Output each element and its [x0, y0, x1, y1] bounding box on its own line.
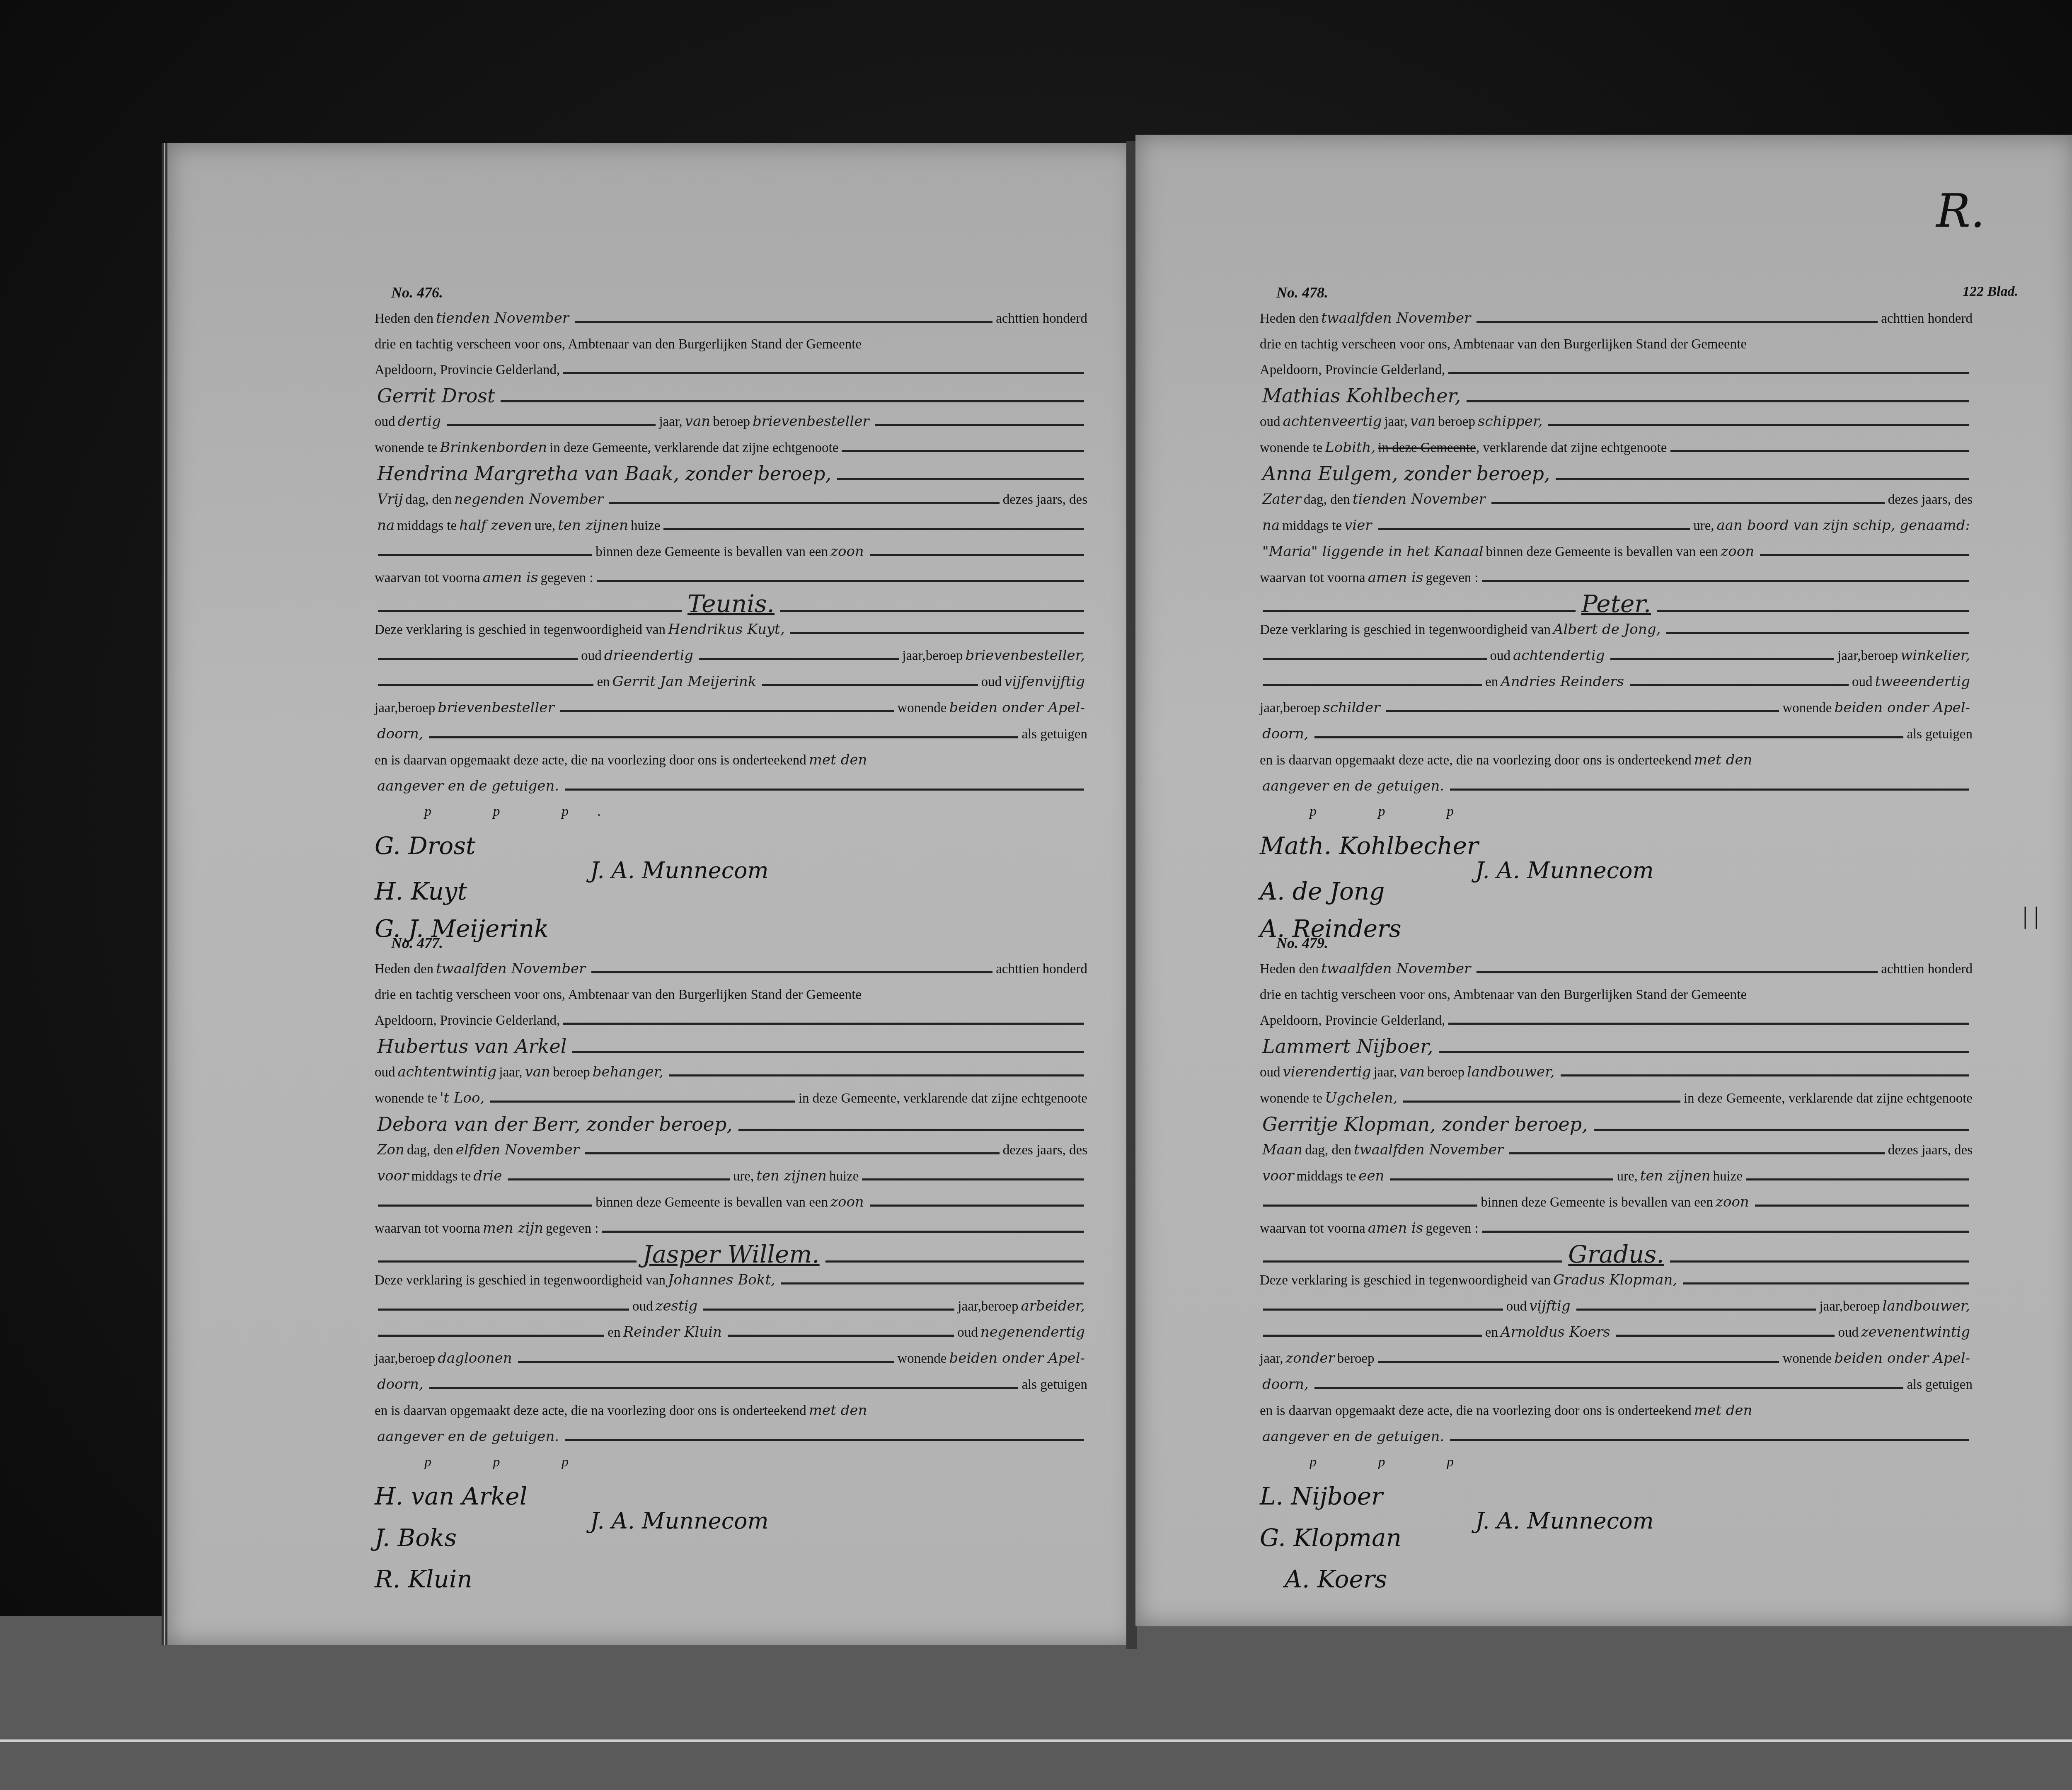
printed-text: beroep: [1283, 695, 1320, 721]
printed-text: Heden den: [375, 306, 433, 331]
margin-mark: | |: [2023, 901, 2039, 930]
child-name: Peter.: [1579, 591, 1653, 617]
printed-text: ure,: [733, 1163, 754, 1189]
printed-text: en: [597, 669, 610, 695]
printed-text: middags te: [397, 513, 457, 539]
printed-text: wonende: [897, 695, 946, 721]
printed-text: drie en tachtig verscheen voor ons, Ambt…: [375, 331, 862, 357]
printed-text: dezes jaars, des: [1888, 1137, 1973, 1163]
witness2-age: negenendertig: [978, 1319, 1087, 1345]
signature-official: J. A. Munnecom: [1475, 858, 1654, 883]
printed-text: Apeldoorn, Provincie Gelderland,: [1260, 357, 1445, 383]
child-name: Gradus.: [1566, 1241, 1666, 1267]
printed-text: wonende te: [375, 435, 437, 461]
birth-date: negenden November: [452, 486, 606, 512]
left-page: No. 476. Heden dentienden Novemberachtti…: [162, 143, 1137, 1645]
signed-with-continued: aangever en de getuigen.: [375, 773, 562, 799]
signature-witness2: R. Kluin: [375, 1566, 472, 1592]
child-sex: zoon: [828, 539, 867, 564]
witness2-name: Gerrit Jan Meijerink: [610, 669, 759, 694]
witness1-occupation: landbouwer,: [1880, 1293, 1973, 1319]
printed-text: dag, den: [1305, 1137, 1351, 1163]
printed-text: drie en tachtig verscheen voor ons, Ambt…: [375, 982, 862, 1008]
registration-date: twaalfden November: [1319, 305, 1473, 331]
signed-with: met den: [806, 747, 870, 773]
signature-witness1: J. Boks: [375, 1525, 457, 1551]
record-no-label: No.: [1276, 935, 1298, 951]
signed-with-continued: aangever en de getuigen.: [1260, 1424, 1447, 1449]
weekday: Zater: [1260, 486, 1304, 512]
signature-official: J. A. Munnecom: [590, 858, 769, 883]
father-occupation: brievenbesteller: [750, 409, 871, 434]
child-name: Teunis.: [685, 591, 777, 617]
printed-text: en is daarvan opgemaakt deze acte, die n…: [375, 1398, 806, 1424]
signature-father: L. Nijboer: [1260, 1483, 1383, 1509]
birth-date: twaalfden November: [1351, 1137, 1506, 1163]
printed-text: wonende te: [1260, 435, 1322, 461]
printed-text: middags te: [1296, 1163, 1356, 1189]
record-no-label: No.: [1276, 284, 1298, 301]
printed-text: achttien honderd: [996, 306, 1087, 331]
registration-date: tienden November: [433, 305, 571, 331]
page-label: Blad.: [1987, 284, 2018, 299]
witness2-occupation: dagloonen: [435, 1345, 515, 1371]
birth-place: ten zijnen: [555, 513, 631, 538]
printed-text: wonende: [1782, 695, 1832, 721]
printed-text: ure,: [1617, 1163, 1637, 1189]
printed-text: drie en tachtig verscheen voor ons, Ambt…: [1260, 982, 1747, 1008]
record-no-label: No.: [391, 284, 413, 301]
signature-witness1: A. de Jong: [1260, 878, 1385, 904]
printed-text: Deze verklaring is geschied in tegenwoor…: [1260, 617, 1551, 643]
printed-text: huize: [1713, 1163, 1743, 1189]
father-name: Lammert Nijboer,: [1260, 1033, 1436, 1059]
birth-place: aan boord van zijn schip, genaamd:: [1714, 513, 1973, 538]
printed-text: beroep: [553, 1059, 590, 1085]
printed-text: in deze Gemeente, verklarende dat zijne …: [799, 1086, 1087, 1111]
approval-marks: p p p: [424, 1449, 598, 1475]
printed-text: beroep: [1843, 1294, 1880, 1319]
record-no-label: No.: [391, 935, 413, 951]
printed-text: dag, den: [405, 487, 452, 513]
witness1-name: Albert de Jong,: [1551, 617, 1663, 642]
printed-text: beroep: [1438, 409, 1475, 435]
printed-text: waarvan tot voorna: [1260, 565, 1365, 591]
signature-father: Math. Kohlbecher: [1260, 833, 1478, 859]
residence: Lobith,: [1322, 435, 1378, 460]
printed-text: gegeven :: [1426, 1216, 1478, 1241]
printed-text: jaar,: [375, 695, 398, 721]
witness1-occupation: brievenbesteller,: [963, 643, 1087, 668]
mother-name: Hendrina Margretha van Baak, zonder bero…: [375, 461, 834, 486]
printed-text: huize: [631, 513, 660, 539]
printed-text: jaar,: [1384, 409, 1407, 435]
signature-official: J. A. Munnecom: [590, 1508, 769, 1534]
birth-record-478: No. 478. Heden dentwaalfden Novemberacht…: [1260, 280, 1973, 957]
printed-text: jaar,: [659, 409, 682, 435]
residence: Brinkenborden: [437, 435, 549, 460]
birth-time: drie: [471, 1163, 504, 1189]
child-sex: zoon: [828, 1189, 867, 1215]
signed-with: met den: [806, 1398, 870, 1423]
printed-text: Apeldoorn, Provincie Gelderland,: [375, 1008, 560, 1033]
witness2-age: vijfenvijftig: [1002, 669, 1087, 694]
witness2-age: tweeendertig: [1873, 669, 1973, 694]
registration-date: twaalfden November: [433, 956, 588, 982]
printed-text: dezes jaars, des: [1003, 487, 1087, 513]
printed-text: jaar,: [375, 1346, 398, 1372]
printed-text: dezes jaars, des: [1003, 1137, 1087, 1163]
residence-continued: doorn,: [1260, 721, 1311, 747]
printed-text: en: [1485, 669, 1498, 695]
signatures-block: L. Nijboer G. Klopman A. Koers J. A. Mun…: [1260, 1483, 1973, 1608]
printed-text: oud: [1260, 409, 1280, 435]
printed-text: en: [1485, 1320, 1498, 1345]
printed-text: binnen deze Gemeente is bevallen van een: [1486, 539, 1719, 565]
printed-text: dag, den: [1304, 487, 1350, 513]
printed-text: oud: [1490, 643, 1511, 669]
printed-text: huize: [829, 1163, 859, 1189]
registration-date: twaalfden November: [1319, 956, 1473, 982]
printed-text: dag, den: [407, 1137, 453, 1163]
record-number: 476: [417, 284, 439, 301]
signature-father: H. van Arkel: [375, 1483, 527, 1509]
time-prefix: voor: [375, 1163, 411, 1189]
printed-text: gegeven :: [546, 1216, 598, 1241]
printed-text: en is daarvan opgemaakt deze acte, die n…: [1260, 747, 1692, 773]
printed-text: Apeldoorn, Provincie Gelderland,: [1260, 1008, 1445, 1033]
printed-text: jaar,: [1260, 695, 1283, 721]
signature-official: J. A. Munnecom: [1475, 1508, 1654, 1534]
printed-text: waarvan tot voorna: [1260, 1216, 1365, 1241]
printed-text: als getuigen: [1907, 721, 1973, 747]
signed-with: met den: [1692, 1398, 1755, 1423]
printed-text: beroep: [1427, 1059, 1464, 1085]
witness2-occupation: brievenbesteller: [435, 695, 557, 721]
witness1-name: Johannes Bokt,: [666, 1267, 778, 1293]
printed-text: waarvan tot voorna: [375, 565, 480, 591]
printed-text: in deze Gemeente, verklarende dat zijne …: [549, 435, 838, 461]
residence-continued: doorn,: [375, 721, 426, 747]
signed-with: met den: [1692, 747, 1755, 773]
printed-text: beroep: [981, 1294, 1019, 1319]
father-occupation: schipper,: [1475, 409, 1545, 434]
printed-text: beroep: [1337, 1346, 1375, 1372]
witnesses-residence: beiden onder Apel-: [1832, 695, 1973, 721]
child-sex: zoon: [1713, 1189, 1752, 1215]
printed-text: beroep: [926, 643, 963, 669]
printed-text: jaar,: [499, 1059, 522, 1085]
time-prefix: na: [375, 513, 397, 538]
corner-mark: R.: [1936, 184, 1985, 237]
birth-record-479: No. 479. Heden dentwaalfden Novemberacht…: [1260, 930, 1973, 1608]
approval-marks: p p p: [1310, 1449, 1483, 1475]
printed-text: oud: [1260, 1059, 1280, 1085]
printed-text: oud: [957, 1320, 978, 1345]
naming-text: amen is: [1365, 565, 1426, 590]
father-name: Mathias Kohlbecher,: [1260, 383, 1463, 409]
witness1-age: achtendertig: [1510, 643, 1607, 668]
birth-place: ten zijnen: [754, 1163, 829, 1189]
printed-text: wonende: [897, 1346, 946, 1372]
printed-text: als getuigen: [1021, 721, 1087, 747]
approval-marks: p p p.: [424, 799, 630, 825]
printed-text: beroep: [398, 695, 435, 721]
witness2-name: Arnoldus Koers: [1498, 1319, 1613, 1345]
birth-date: elfden November: [453, 1137, 582, 1163]
witness1-occupation: winkelier,: [1898, 643, 1973, 668]
witness1-occupation: arbeider,: [1019, 1293, 1088, 1319]
printed-text: wonende te: [1260, 1086, 1322, 1111]
right-page: R. 122 Blad. | | No. 478. Heden dentwaal…: [1135, 135, 2072, 1626]
birth-time: half zeven: [457, 513, 535, 538]
printed-text: beroep: [1861, 643, 1898, 669]
printed-text: middags te: [1282, 513, 1342, 539]
printed-text: ure,: [535, 513, 555, 539]
printed-text: achttien honderd: [996, 956, 1087, 982]
father-age: achtenveertig: [1280, 409, 1385, 434]
witness1-age: vijftig: [1527, 1293, 1573, 1319]
father-age: achtentwintig: [395, 1059, 499, 1085]
printed-text: oud: [632, 1294, 653, 1319]
signature-witness1: H. Kuyt: [375, 878, 467, 904]
printed-text: beroep: [713, 409, 750, 435]
witness1-age: drieendertig: [602, 643, 696, 668]
weekday: Zon: [375, 1137, 407, 1163]
birth-place-continued: "Maria" liggende in het Kanaal: [1260, 539, 1486, 564]
film-edge-line: [0, 1739, 2072, 1742]
printed-text: als getuigen: [1021, 1372, 1087, 1398]
printed-text: jaar,: [1819, 1294, 1842, 1319]
residence: Ugchelen,: [1322, 1085, 1400, 1111]
record-number: 478: [1302, 284, 1324, 301]
witness2-occupation: zonder: [1283, 1345, 1337, 1371]
struck-text: in deze Gemeente: [1378, 435, 1476, 461]
printed-text: beroep: [398, 1346, 435, 1372]
child-name: Jasper Willem.: [640, 1241, 822, 1267]
printed-text: oud: [1506, 1294, 1527, 1319]
witness1-name: Gradus Klopman,: [1551, 1267, 1680, 1293]
printed-text: drie en tachtig verscheen voor ons, Ambt…: [1260, 331, 1747, 357]
printed-text: jaar,: [1837, 643, 1861, 669]
father-age: dertig: [395, 409, 443, 434]
printed-text: oud: [1838, 1320, 1859, 1345]
residence-continued: doorn,: [375, 1372, 426, 1397]
naming-text: amen is: [480, 565, 541, 590]
witness2-age: zevenentwintig: [1859, 1319, 1973, 1345]
printed-text: jaar,: [1260, 1346, 1283, 1372]
printed-text: binnen deze Gemeente is bevallen van een: [1481, 1190, 1713, 1215]
birth-place: ten zijnen: [1638, 1163, 1713, 1189]
printed-text: achttien honderd: [1881, 956, 1973, 982]
father-name: Gerrit Drost: [375, 383, 497, 409]
mother-name: Debora van der Berr, zonder beroep,: [375, 1111, 735, 1137]
printed-text: gegeven :: [540, 565, 593, 591]
weekday: Vrij: [375, 486, 405, 512]
printed-text: en: [608, 1320, 620, 1345]
father-occupation: landbouwer,: [1464, 1059, 1557, 1085]
witnesses-residence: beiden onder Apel-: [947, 1345, 1087, 1371]
printed-text: in deze Gemeente, verklarende dat zijne …: [1684, 1086, 1973, 1111]
child-sex: zoon: [1718, 539, 1757, 564]
witnesses-residence: beiden onder Apel-: [947, 695, 1087, 721]
signature-witness1: G. Klopman: [1260, 1525, 1402, 1551]
mother-name: Gerritje Klopman, zonder beroep,: [1260, 1111, 1590, 1137]
record-number: 477: [417, 935, 439, 951]
birth-record-476: No. 476. Heden dentienden Novemberachtti…: [375, 280, 1087, 957]
time-prefix: na: [1260, 513, 1282, 538]
father-name: Hubertus van Arkel: [375, 1033, 569, 1059]
signature-witness2: A. Koers: [1285, 1566, 1387, 1592]
witness2-name: Andries Reinders: [1498, 669, 1627, 694]
birth-record-477: No. 477. Heden dentwaalfden Novemberacht…: [375, 930, 1087, 1608]
residence: 't Loo,: [437, 1085, 487, 1111]
printed-text: oud: [1852, 669, 1873, 695]
witnesses-residence: beiden onder Apel-: [1832, 1345, 1973, 1371]
printed-text: wonende te: [375, 1086, 437, 1111]
printed-text: en is daarvan opgemaakt deze acte, die n…: [1260, 1398, 1692, 1424]
printed-text: jaar,: [1373, 1059, 1397, 1085]
witness2-name: Reinder Kluin: [621, 1319, 724, 1345]
birth-time: vier: [1342, 513, 1374, 538]
residence-continued: doorn,: [1260, 1372, 1311, 1397]
printed-text: binnen deze Gemeente is bevallen van een: [595, 539, 828, 565]
father-occupation: behanger,: [590, 1059, 666, 1085]
printed-text: wonende: [1782, 1346, 1832, 1372]
printed-text: Heden den: [1260, 306, 1319, 331]
printed-text: Heden den: [1260, 956, 1319, 982]
time-prefix: voor: [1260, 1163, 1296, 1189]
printed-text: waarvan tot voorna: [375, 1216, 480, 1241]
printed-text: als getuigen: [1907, 1372, 1973, 1398]
printed-text: middags te: [411, 1163, 471, 1189]
printed-text: ure,: [1693, 513, 1714, 539]
printed-text: jaar,: [958, 1294, 981, 1319]
signatures-block: H. van Arkel J. Boks R. Kluin J. A. Munn…: [375, 1483, 1087, 1608]
naming-text: men zijn: [480, 1215, 546, 1241]
printed-text: Heden den: [375, 956, 433, 982]
birth-date: tienden November: [1350, 486, 1488, 512]
weekday: Maan: [1260, 1137, 1305, 1163]
printed-text: oud: [981, 669, 1002, 695]
printed-text: oud: [375, 409, 395, 435]
record-number: 479: [1302, 935, 1324, 951]
printed-text: Deze verklaring is geschied in tegenwoor…: [1260, 1268, 1551, 1293]
printed-text: Apeldoorn, Provincie Gelderland,: [375, 357, 560, 383]
printed-text: binnen deze Gemeente is bevallen van een: [595, 1190, 828, 1215]
printed-text: achttien honderd: [1881, 306, 1973, 331]
printed-text: oud: [375, 1059, 395, 1085]
signed-with-continued: aangever en de getuigen.: [375, 1424, 562, 1449]
witness1-name: Hendrikus Kuyt,: [666, 617, 787, 642]
approval-marks: p p p: [1310, 799, 1483, 825]
signature-father: G. Drost: [375, 833, 475, 859]
printed-text: oud: [581, 643, 602, 669]
witness2-occupation: schilder: [1320, 695, 1382, 721]
father-age: vierendertig: [1280, 1059, 1374, 1085]
printed-text: Deze verklaring is geschied in tegenwoor…: [375, 1268, 666, 1293]
witness1-age: zestig: [653, 1293, 700, 1319]
signed-with-continued: aangever en de getuigen.: [1260, 773, 1447, 799]
birth-time: een: [1356, 1163, 1387, 1189]
printed-text: jaar,: [902, 643, 925, 669]
printed-text: en is daarvan opgemaakt deze acte, die n…: [375, 747, 806, 773]
naming-text: amen is: [1365, 1215, 1426, 1241]
printed-text: dezes jaars, des: [1888, 487, 1973, 513]
mother-name: Anna Eulgem, zonder beroep,: [1260, 461, 1552, 486]
printed-text: Deze verklaring is geschied in tegenwoor…: [375, 617, 666, 643]
printed-text: gegeven :: [1426, 565, 1478, 591]
